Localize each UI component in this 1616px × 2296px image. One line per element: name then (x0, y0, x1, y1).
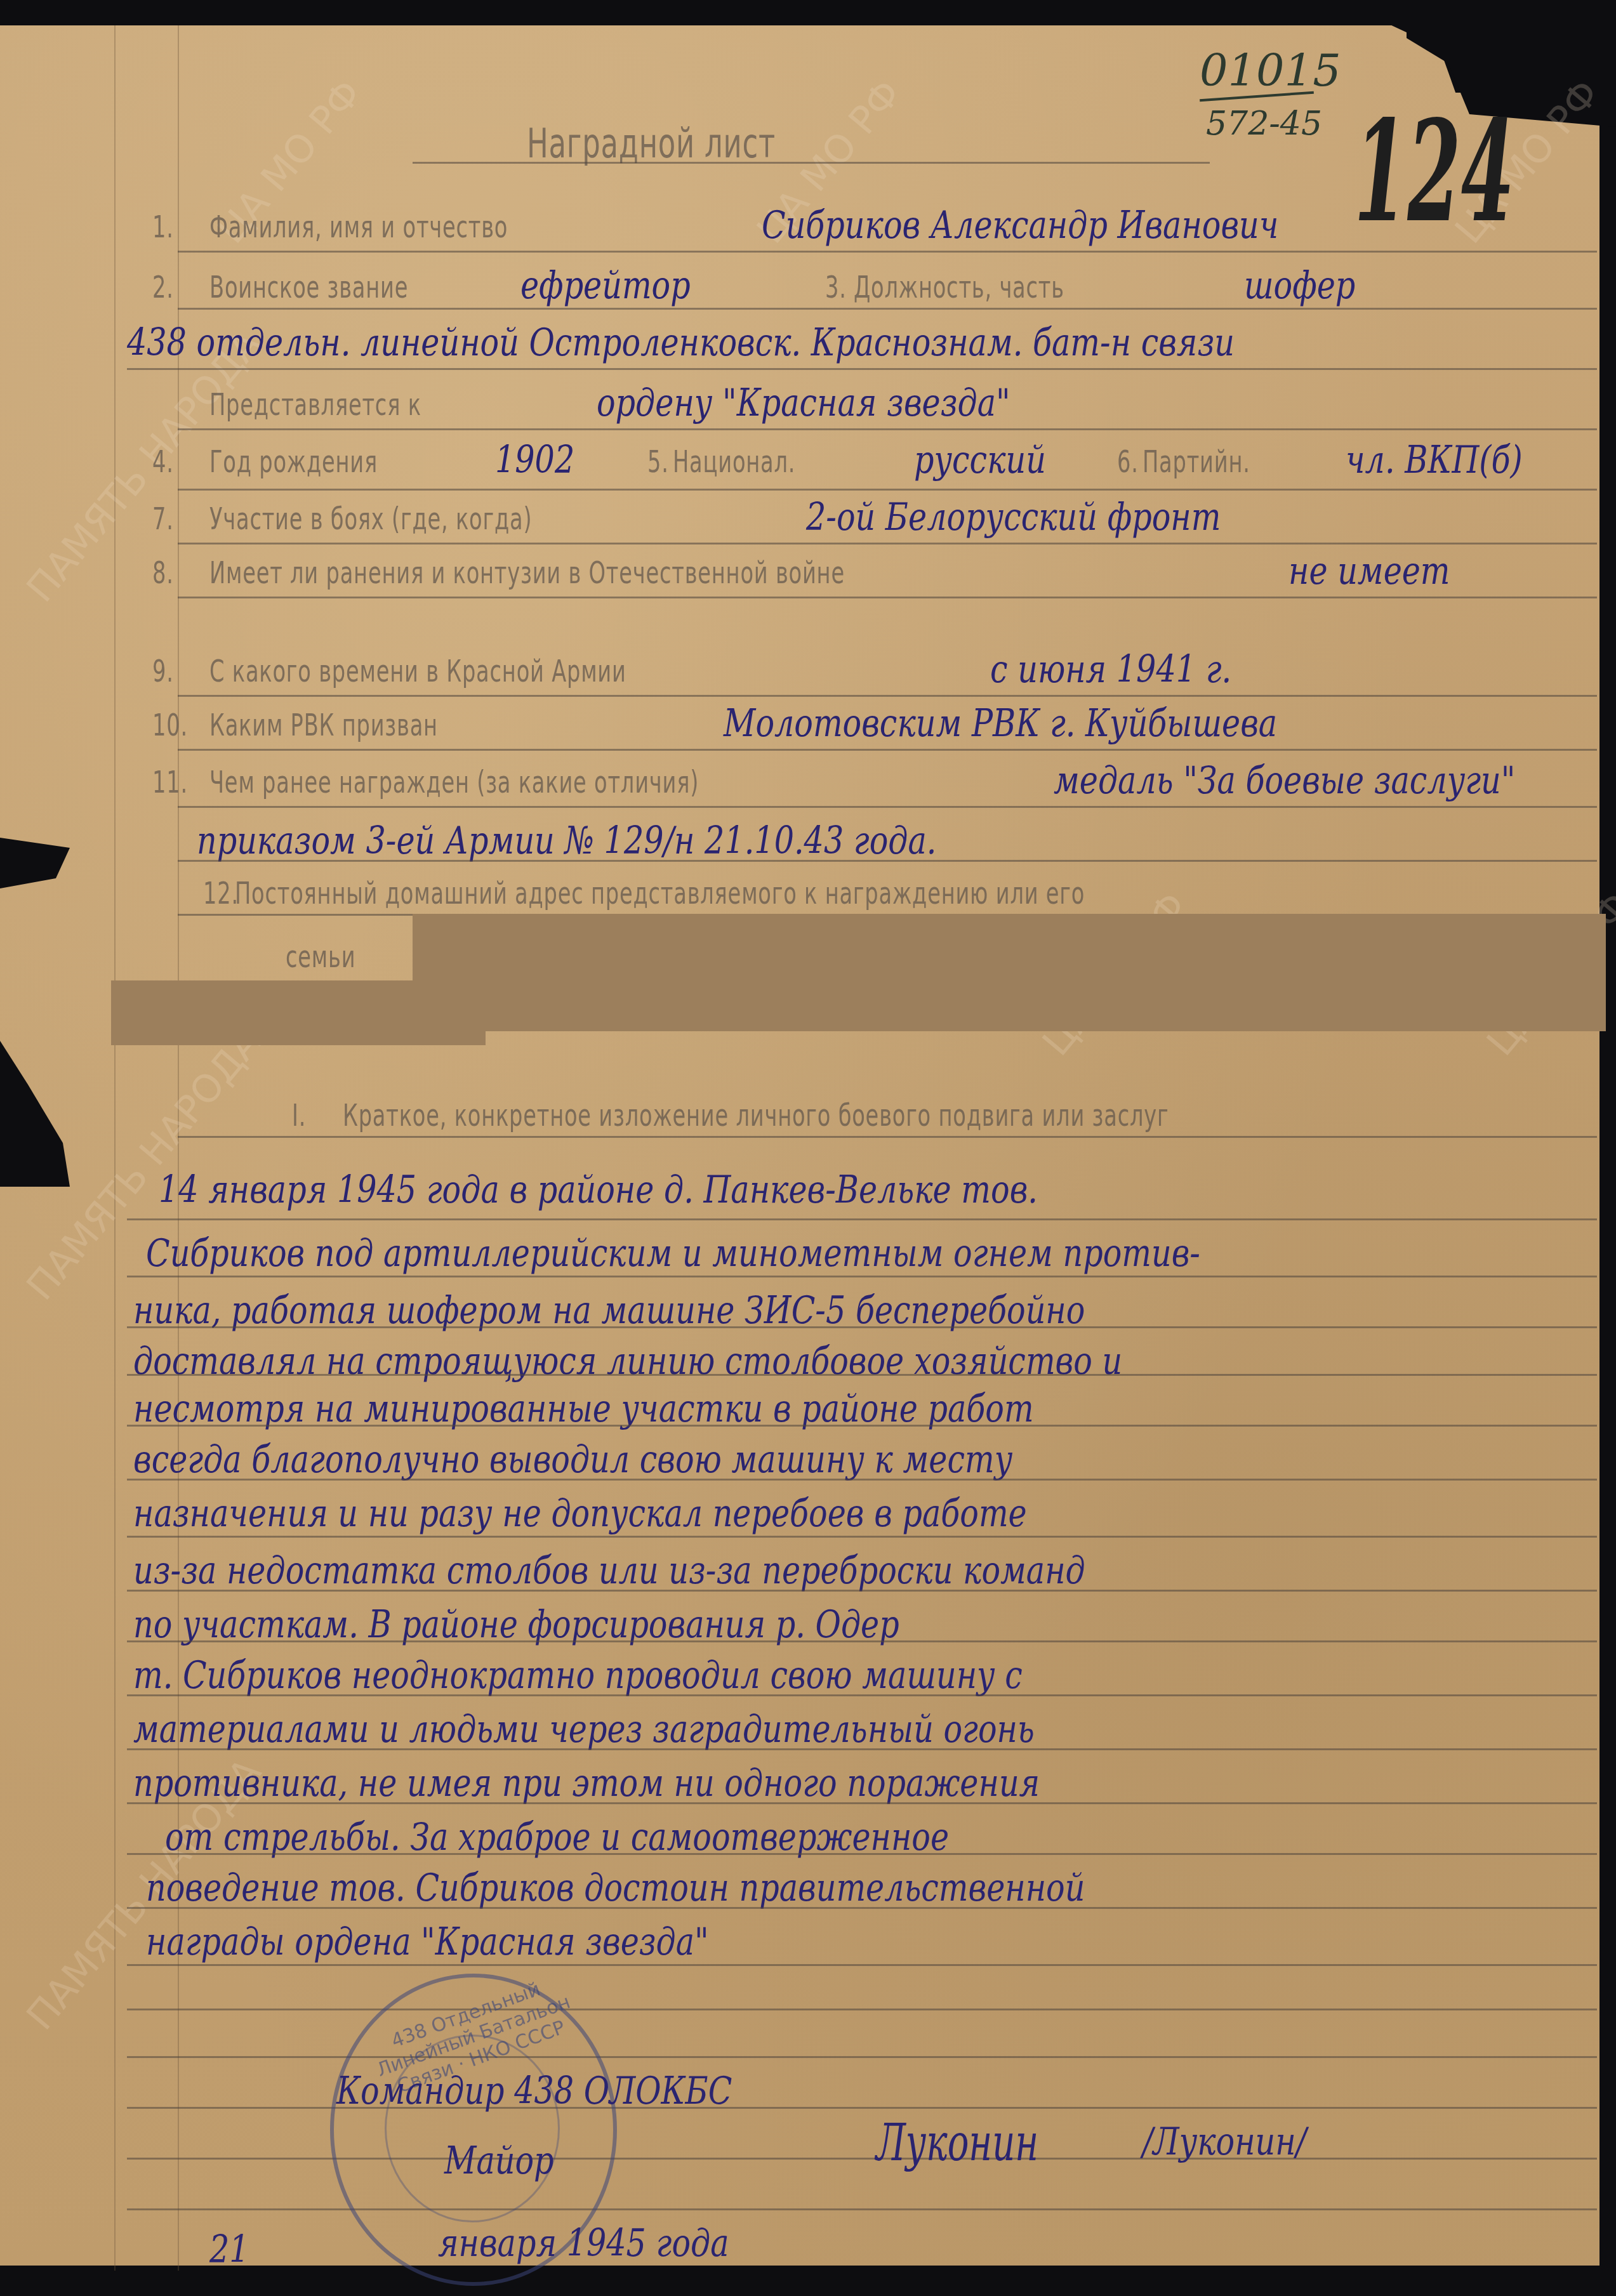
rule (178, 806, 1597, 808)
rule (127, 1479, 1597, 1481)
rule (178, 428, 1597, 430)
field-number: 7. (152, 501, 174, 537)
rule (178, 1136, 1597, 1138)
field-number: 2. (152, 270, 174, 305)
document-title: Наградной лист (527, 121, 776, 168)
redaction-block (111, 980, 1606, 1031)
signature: Луконин (876, 2113, 1038, 2172)
field-label-nationality: Национал. (673, 444, 795, 480)
signatory-rank: Майор (444, 2139, 554, 2183)
field-value-draft-office: Молотовским РВК г. Куйбышева (724, 701, 1277, 746)
field-label-prior-awards: Чем ранее награжден (за какие отличия) (209, 765, 699, 800)
rule (127, 1964, 1597, 1966)
narrative-line: из-за недостатка столбов или из-за переб… (133, 1548, 1085, 1593)
rule (127, 1853, 1597, 1855)
field-number: 8. (152, 555, 174, 591)
signatory-title: Командир 438 ОЛОКБС (336, 2069, 732, 2113)
section-header: Краткое, конкретное изложение личного бо… (343, 1098, 1169, 1133)
rule (127, 1590, 1597, 1592)
field-value-birth-year: 1902 (495, 438, 574, 482)
rule (127, 1218, 1597, 1220)
narrative-line: всегда благополучно выводил свою машину … (133, 1437, 1012, 1482)
field-value-rank: ефрейтор (520, 263, 691, 308)
signatory-name: /Луконин/ (1142, 2120, 1306, 2164)
narrative-line: назначения и ни разу не допускал перебое… (133, 1491, 1027, 1536)
field-number: 11. (152, 765, 188, 800)
sign-date: января 1945 года (438, 2221, 729, 2266)
field-value-position: шофер (1244, 263, 1355, 308)
field-value-unit: 438 отдельн. линейной Остроленковск. Кра… (127, 320, 1235, 365)
field-value-name: Сибриков Александр Иванович (762, 203, 1278, 247)
narrative-line: Сибриков под артиллерийским и минометным… (146, 1231, 1200, 1276)
narrative-line: награды ордена "Красная звезда" (146, 1920, 709, 1964)
rule (127, 1326, 1597, 1328)
field-label-service-start: С какого времени в Красной Армии (209, 654, 626, 689)
field-value-prior-awards: медаль "За боевые заслуги" (1054, 758, 1515, 803)
pencil-mark: 124 (1354, 89, 1514, 253)
narrative-line: 14 января 1945 года в районе д. Панкев-В… (159, 1168, 1038, 1212)
field-label-party: Партийн. (1142, 444, 1250, 480)
field-label-rank: Воинское звание (209, 270, 408, 305)
field-number: 4. (152, 444, 174, 480)
field-number: 3. (825, 270, 847, 305)
field-value-prior-award-order: приказом 3-ей Армии № 129/н 21.10.43 год… (197, 819, 937, 863)
field-value-service-start: с июня 1941 г. (990, 647, 1231, 692)
narrative-line: противника, не имея при этом ни одного п… (133, 1761, 1040, 1805)
field-number: 6. (1117, 444, 1139, 480)
rule (178, 749, 1597, 751)
rule (127, 1640, 1597, 1642)
field-label-family: семьи (286, 939, 355, 975)
field-label-draft-office: Каким РВК призван (209, 708, 438, 743)
field-value-party: чл. ВКП(б) (1346, 438, 1523, 482)
narrative-line: доставлял на строящуюся линию столбовое … (133, 1339, 1122, 1383)
narrative-line: поведение тов. Сибриков достоин правител… (146, 1866, 1085, 1910)
field-number: 5. (647, 444, 669, 480)
narrative-line: т. Сибриков неоднократно проводил свою м… (133, 1653, 1023, 1698)
field-number: 12. (203, 876, 239, 911)
rule (127, 1802, 1597, 1804)
field-label-wounds: Имеет ли ранения и контузии в Отечествен… (209, 555, 845, 591)
rule (178, 597, 1597, 598)
rule (178, 543, 1597, 544)
rule (178, 251, 1597, 253)
sign-date-day: 21 (209, 2227, 249, 2272)
field-number: 10. (152, 708, 188, 743)
rule (127, 1276, 1597, 1277)
rule (178, 695, 1597, 697)
rule (178, 860, 1597, 862)
rule (127, 1536, 1597, 1538)
rule (127, 1425, 1597, 1427)
field-label-name: Фамилия, имя и отчество (209, 209, 508, 245)
field-label-address: Постоянный домашний адрес представляемог… (235, 876, 1085, 911)
rule (127, 1748, 1597, 1750)
field-value-battles: 2-ой Белорусский фронт (806, 495, 1221, 539)
field-label-battles: Участие в боях (где, когда) (209, 501, 532, 537)
section-number: I. (292, 1098, 306, 1133)
field-label-position: Должность, часть (854, 270, 1064, 305)
field-label-birth-year: Год рождения (209, 444, 378, 480)
archive-sub-number: 572-45 (1206, 105, 1322, 143)
rule (413, 162, 1210, 164)
field-value-nationality: русский (914, 438, 1046, 482)
field-value-wounds: не имеет (1288, 549, 1450, 593)
rule (127, 2009, 1597, 2010)
rule (127, 1374, 1597, 1376)
field-value-award: ордену "Красная звезда" (597, 381, 1010, 425)
rule (178, 308, 1597, 310)
rule (178, 489, 1597, 491)
rule (127, 2208, 1597, 2210)
field-label-nominated: Представляется к (209, 387, 421, 423)
rule (127, 1907, 1597, 1909)
field-number: 9. (152, 654, 174, 689)
rule (127, 1694, 1597, 1696)
field-number: 1. (152, 209, 174, 245)
archive-file-number: 01015 (1200, 44, 1341, 96)
narrative-line: материалами и людьми через заградительны… (133, 1707, 1035, 1752)
rule (127, 368, 1597, 370)
